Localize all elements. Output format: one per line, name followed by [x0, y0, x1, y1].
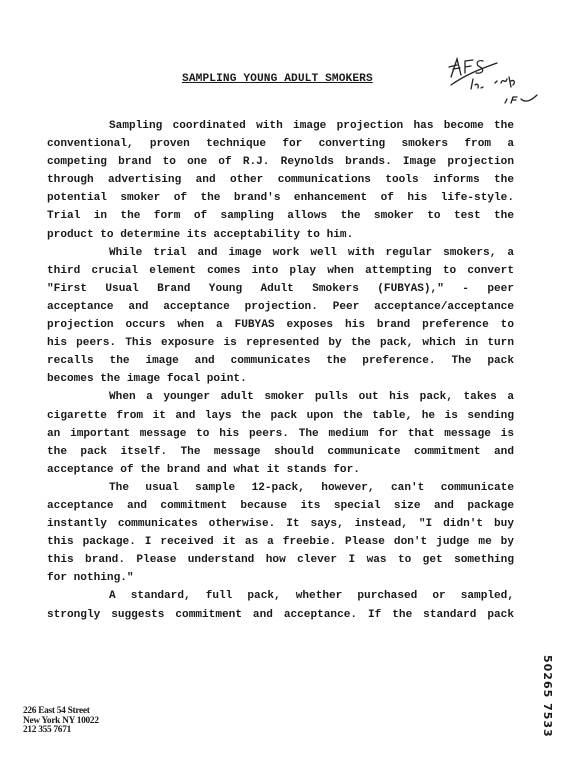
- text-line: acceptance of the brand and what it stan…: [47, 461, 514, 479]
- text-line: A standard, full pack, whether purchased…: [47, 587, 514, 605]
- text-line: competing brand to one of R.J. Reynolds …: [47, 153, 514, 171]
- text-line: product to determine its acceptability t…: [47, 226, 514, 244]
- document-body: Sampling coordinated with image projecti…: [47, 117, 514, 624]
- text-line: potential smoker of the brand's enhancem…: [47, 189, 514, 207]
- letterhead-address: 226 East 54 Street New York NY 10022 212…: [23, 707, 99, 736]
- text-line: Sampling coordinated with image projecti…: [47, 117, 514, 135]
- bates-number: 50265 7533: [541, 655, 554, 738]
- text-line: conventional, proven technique for conve…: [47, 135, 514, 153]
- text-line: recalls the image and communicates the p…: [47, 352, 514, 370]
- text-line: this package. I received it as a freebie…: [47, 533, 514, 551]
- text-line: becomes the image focal point.: [47, 370, 514, 388]
- text-line: instantly communicates otherwise. It say…: [47, 515, 514, 533]
- text-line: through advertising and other communicat…: [47, 171, 514, 189]
- text-line: acceptance and acceptance projection. Pe…: [47, 298, 514, 316]
- text-line: his peers. This exposure is represented …: [47, 334, 514, 352]
- document-title: SAMPLING YOUNG ADULT SMOKERS: [182, 73, 373, 85]
- text-line: an important message to his peers. The m…: [47, 425, 514, 443]
- text-line: projection occurs when a FUBYAS exposes …: [47, 316, 514, 334]
- address-phone: 212 355 7671: [23, 726, 99, 736]
- handwritten-annotation-icon: [445, 55, 545, 110]
- text-line: for nothing.": [47, 569, 514, 587]
- text-line: The usual sample 12-pack, however, can't…: [47, 479, 514, 497]
- text-line: While trial and image work well with reg…: [47, 244, 514, 262]
- text-line: acceptance and commitment because its sp…: [47, 497, 514, 515]
- text-line: "First Usual Brand Young Adult Smokers (…: [47, 280, 514, 298]
- text-line: third crucial element comes into play wh…: [47, 262, 514, 280]
- text-line: Trial in the form of sampling allows the…: [47, 207, 514, 225]
- text-line: this brand. Please understand how clever…: [47, 551, 514, 569]
- document-page: SAMPLING YOUNG ADULT SMOKERS Sampling co…: [0, 0, 572, 774]
- text-line: strongly suggests commitment and accepta…: [47, 606, 514, 624]
- text-line: cigarette from it and lays the pack upon…: [47, 407, 514, 425]
- text-line: When a younger adult smoker pulls out hi…: [47, 388, 514, 406]
- text-line: the pack itself. The message should comm…: [47, 443, 514, 461]
